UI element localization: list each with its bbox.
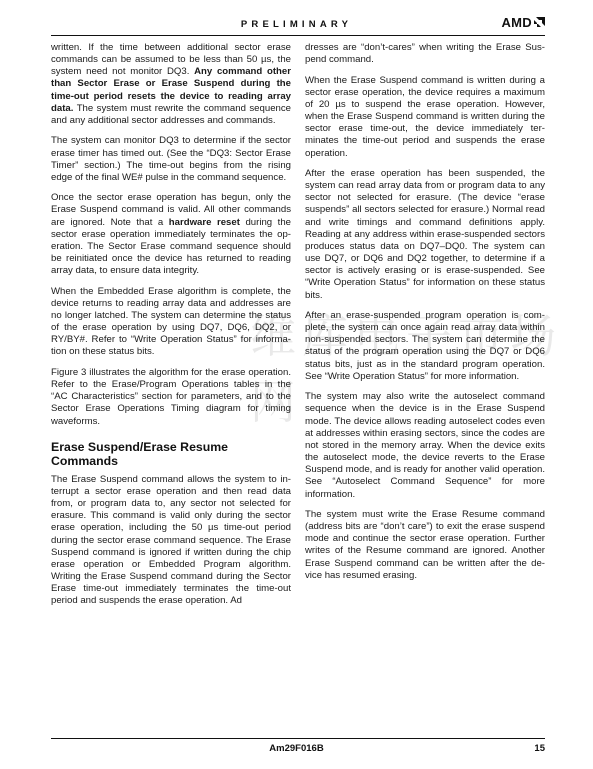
paragraph: The system must write the Erase Resume c… bbox=[305, 509, 545, 582]
paragraph: The system can monitor DQ3 to determine … bbox=[51, 135, 291, 184]
paragraph: Figure 3 illustrates the algorithm for t… bbox=[51, 367, 291, 428]
text-run: The system must rewrite the command sequ… bbox=[51, 103, 291, 126]
logo-text: AMD bbox=[501, 15, 532, 30]
paragraph: written. If the time between additional … bbox=[51, 42, 291, 127]
bold-text-run: hardware reset bbox=[169, 217, 240, 228]
right-column: dresses are “don’t-cares” when writing t… bbox=[305, 42, 545, 590]
footer-rule bbox=[51, 738, 545, 739]
paragraph: After an erase-suspended program operati… bbox=[305, 310, 545, 383]
amd-arrow-logo-icon bbox=[534, 17, 545, 28]
paragraph: When the Embedded Erase algorithm is com… bbox=[51, 286, 291, 359]
footer-part-number: Am29F016B bbox=[0, 743, 593, 754]
page-number: 15 bbox=[534, 743, 545, 754]
section-heading: Erase Suspend/Erase Resume Commands bbox=[51, 440, 291, 468]
paragraph: When the Erase Suspend command is writte… bbox=[305, 75, 545, 160]
paragraph: dresses are “don’t-cares” when writing t… bbox=[305, 42, 545, 66]
paragraph: The Erase Suspend command allows the sys… bbox=[51, 474, 291, 608]
left-column: written. If the time between additional … bbox=[51, 42, 291, 616]
amd-logo: AMD bbox=[501, 15, 545, 30]
paragraph: After the erase operation has been suspe… bbox=[305, 168, 545, 302]
header-rule bbox=[51, 35, 545, 36]
paragraph: Once the sector erase operation has begu… bbox=[51, 192, 291, 277]
paragraph: The system may also write the autoselect… bbox=[305, 391, 545, 500]
